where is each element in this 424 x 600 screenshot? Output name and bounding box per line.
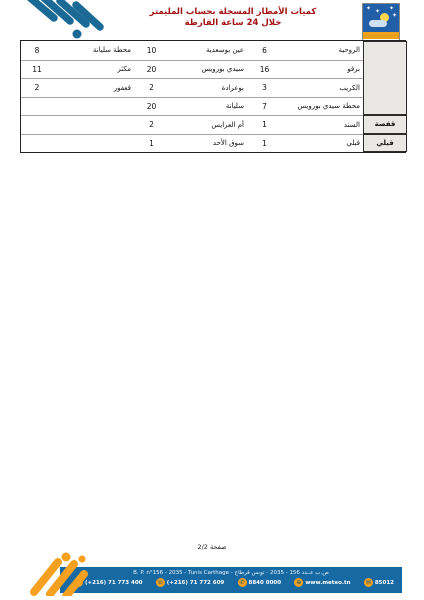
contact-fax: ☏ (+216) 71 772 609	[156, 578, 224, 587]
value-cell: 2	[134, 78, 169, 97]
region-cell-kebili: قبلي	[363, 134, 407, 153]
station-cell: محطة سيدي بورويس	[282, 97, 363, 116]
rainfall-table: 8 محطة سليانة 10 عين بوسعدية 6 الروحية 1…	[20, 40, 406, 153]
inm-logo-art: ✦ ✦ ✦ ✦ ✦	[363, 4, 399, 32]
station-cell: قبلي	[282, 134, 363, 153]
cloud-icon	[369, 20, 387, 27]
station-cell: الكريب	[282, 78, 363, 97]
inm-logo: ✦ ✦ ✦ ✦ ✦ ······························…	[362, 3, 400, 41]
region-cell-merged	[363, 41, 407, 115]
value-cell: 2	[134, 115, 169, 134]
call-center-icon: ✆	[238, 578, 247, 587]
fax-icon: ☏	[156, 578, 165, 587]
star-icon: ✦	[375, 9, 380, 15]
station-cell: سوق الأحد	[169, 134, 247, 153]
page-title: كميات الأمطار المسجلة بحساب المليمتر خلا…	[112, 6, 354, 29]
station-cell	[53, 115, 134, 134]
value-cell: 3	[247, 78, 282, 97]
value-cell	[21, 97, 53, 116]
star-icon: ✦	[392, 13, 397, 19]
station-cell	[53, 97, 134, 116]
value-cell: 1	[247, 115, 282, 134]
value-cell: 1	[134, 134, 169, 153]
value-cell: 1	[247, 134, 282, 153]
station-cell: الروحية	[282, 41, 363, 60]
globe-icon: ⊕	[294, 578, 303, 587]
station-cell	[53, 134, 134, 153]
contact-callcenter-text: 8840 0000	[249, 580, 282, 586]
station-cell: قعفور	[53, 78, 134, 97]
contact-fax-text: (+216) 71 772 609	[167, 580, 224, 586]
meteo-stripes-logo	[14, 0, 109, 42]
logo-dot	[73, 30, 82, 39]
value-cell: 20	[134, 97, 169, 116]
value-cell: 8	[21, 41, 53, 60]
station-cell: سليانة	[169, 97, 247, 116]
station-cell: أم العرايس	[169, 115, 247, 134]
value-cell	[21, 115, 53, 134]
value-cell	[21, 134, 53, 153]
value-cell: 10	[134, 41, 169, 60]
inm-logo-band: ········································	[363, 32, 399, 39]
value-cell: 2	[21, 78, 53, 97]
station-cell: مكثر	[53, 60, 134, 79]
contact-sms: ✉ 85012	[364, 578, 394, 587]
value-cell: 6	[247, 41, 282, 60]
value-cell: 11	[21, 60, 53, 79]
value-cell: 7	[247, 97, 282, 116]
station-cell: برقو	[282, 60, 363, 79]
station-cell: السند	[282, 115, 363, 134]
title-line2: خلال 24 ساعة الفارطة	[112, 18, 354, 29]
footer-stripes-decoration	[24, 550, 116, 596]
document-page: كميات الأمطار المسجلة بحساب المليمتر خلا…	[0, 0, 424, 600]
region-cell-gafsa: قفصة	[363, 115, 407, 134]
contact-website: ⊕ www.meteo.tn	[294, 578, 350, 587]
contact-callcenter: ✆ 8840 0000	[238, 578, 282, 587]
station-cell: بوعرادة	[169, 78, 247, 97]
title-line1: كميات الأمطار المسجلة بحساب المليمتر	[112, 6, 354, 18]
star-icon: ✦	[366, 6, 371, 12]
station-cell: عين بوسعدية	[169, 41, 247, 60]
contact-sms-text: 85012	[375, 580, 394, 586]
station-cell: سيدي بورويس	[169, 60, 247, 79]
value-cell: 16	[247, 60, 282, 79]
station-cell: محطة سليانة	[53, 41, 134, 60]
sms-icon: ✉	[364, 578, 373, 587]
contact-website-text: www.meteo.tn	[305, 580, 350, 586]
value-cell: 20	[134, 60, 169, 79]
